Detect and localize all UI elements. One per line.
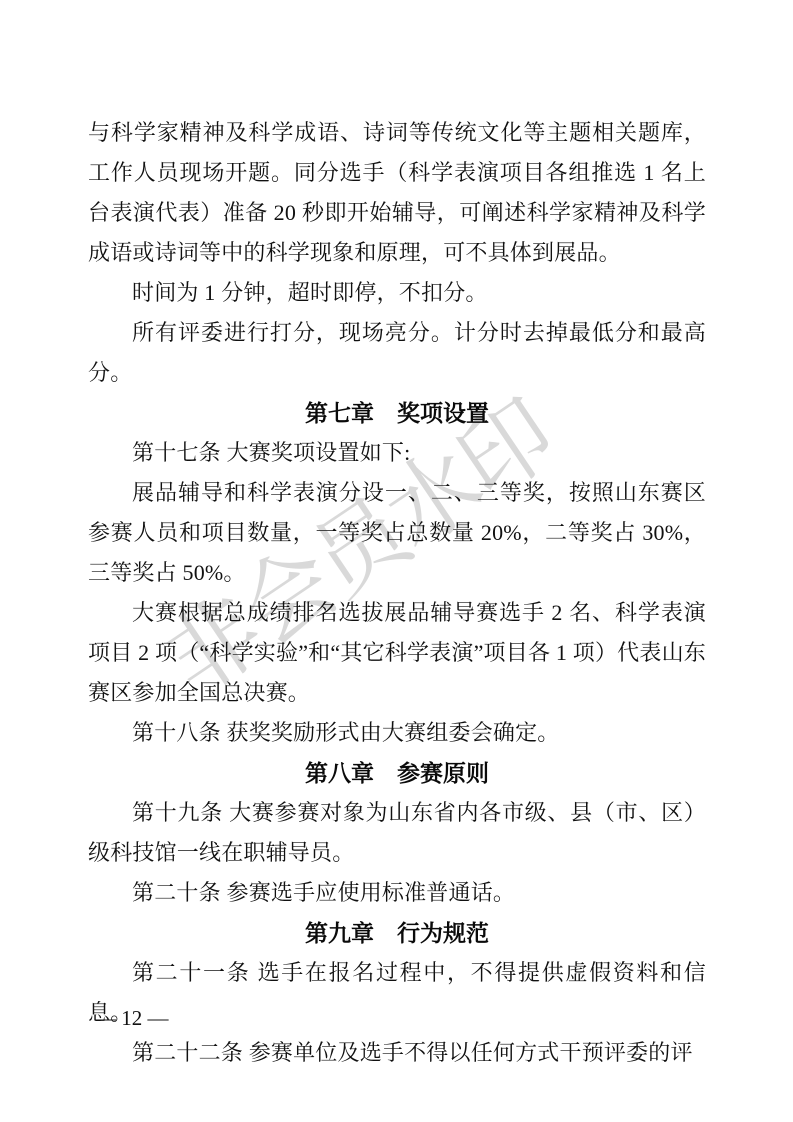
body-paragraph-article-19: 第十九条 大赛参赛对象为山东省内各市级、县（市、区）级科技馆一线在职辅导员。 xyxy=(88,793,706,873)
body-paragraph: 展品辅导和科学表演分设一、二、三等奖，按照山东赛区参赛人员和项目数量，一等奖占总… xyxy=(88,473,706,593)
body-paragraph-article-21: 第二十一条 选手在报名过程中，不得提供虚假资料和信息。 xyxy=(88,953,706,1033)
body-paragraph-continuation: 与科学家精神及科学成语、诗词等传统文化等主题相关题库，工作人员现场开题。同分选手… xyxy=(88,113,706,273)
chapter-heading-9: 第九章 行为规范 xyxy=(88,913,706,953)
document-page: 非会员水印 与科学家精神及科学成语、诗词等传统文化等主题相关题库，工作人员现场开… xyxy=(0,0,793,1122)
chapter-heading-8: 第八章 参赛原则 xyxy=(88,753,706,793)
page-number: — 12 — xyxy=(95,1004,169,1032)
body-paragraph-article-18: 第十八条 获奖奖励形式由大赛组委会确定。 xyxy=(88,713,706,753)
body-paragraph-article-17: 第十七条 大赛奖项设置如下: xyxy=(88,433,706,473)
body-paragraph-article-22: 第二十二条 参赛单位及选手不得以任何方式干预评委的评 xyxy=(88,1033,706,1073)
body-paragraph: 所有评委进行打分，现场亮分。计分时去掉最低分和最高分。 xyxy=(88,313,706,393)
body-paragraph: 大赛根据总成绩排名选拔展品辅导赛选手 2 名、科学表演项目 2 项（“科学实验”… xyxy=(88,593,706,713)
body-paragraph-article-20: 第二十条 参赛选手应使用标准普通话。 xyxy=(88,873,706,913)
document-body: 与科学家精神及科学成语、诗词等传统文化等主题相关题库，工作人员现场开题。同分选手… xyxy=(88,113,706,1073)
chapter-heading-7: 第七章 奖项设置 xyxy=(88,393,706,433)
body-paragraph: 时间为 1 分钟，超时即停，不扣分。 xyxy=(88,273,706,313)
